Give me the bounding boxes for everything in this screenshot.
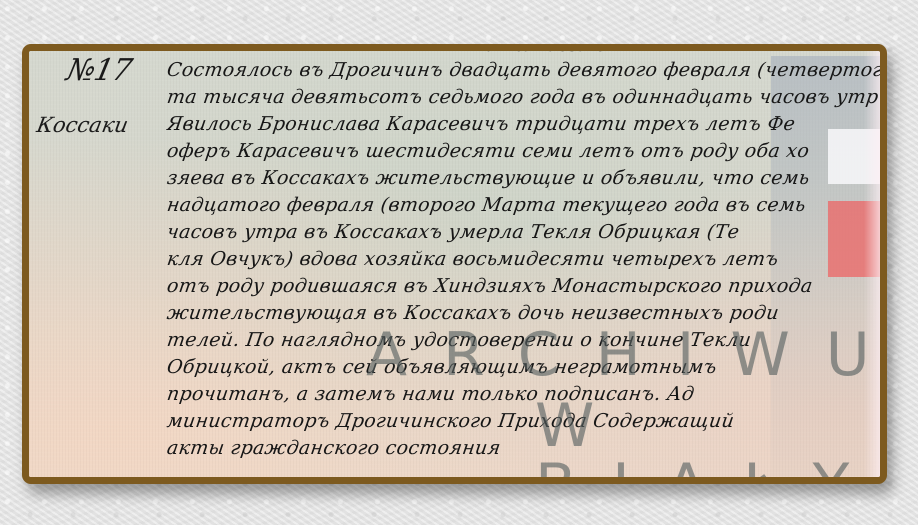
text-line: зяева въ Коссакахъ жительствующие и объя… [165,165,887,192]
text-line: Явилось Бронислава Карасевичъ тридцати т… [165,111,887,138]
text-line: оферъ Карасевичъ шестидесяти семи летъ о… [165,138,887,165]
record-number: №17 [63,53,134,88]
text-line: кля Овчукъ) вдова хозяйка восьмидесяти ч… [165,246,887,273]
record-place: Коссаки [35,113,130,137]
text-line: отъ роду родившаяся въ Хиндзияхъ Монасты… [165,273,887,300]
text-line: Состоялось въ Дрогичинъ двадцать девятог… [165,57,887,84]
watermark-line-2: W BIAŁY [535,396,885,484]
watermark-line-1: ARCHIWUM [366,325,887,385]
text-line: часовъ утра въ Коссакахъ умерла Текля Об… [165,219,887,246]
text-line: надцатого февраля (второго Марта текущег… [165,192,887,219]
document-frame: №17 Коссаки Въ Жолтлевиче Состоялось въ … [22,44,887,484]
text-line: та тысяча девятьсотъ седьмого года въ од… [165,84,887,111]
text-line: Въ Жолтлевиче [165,44,887,57]
